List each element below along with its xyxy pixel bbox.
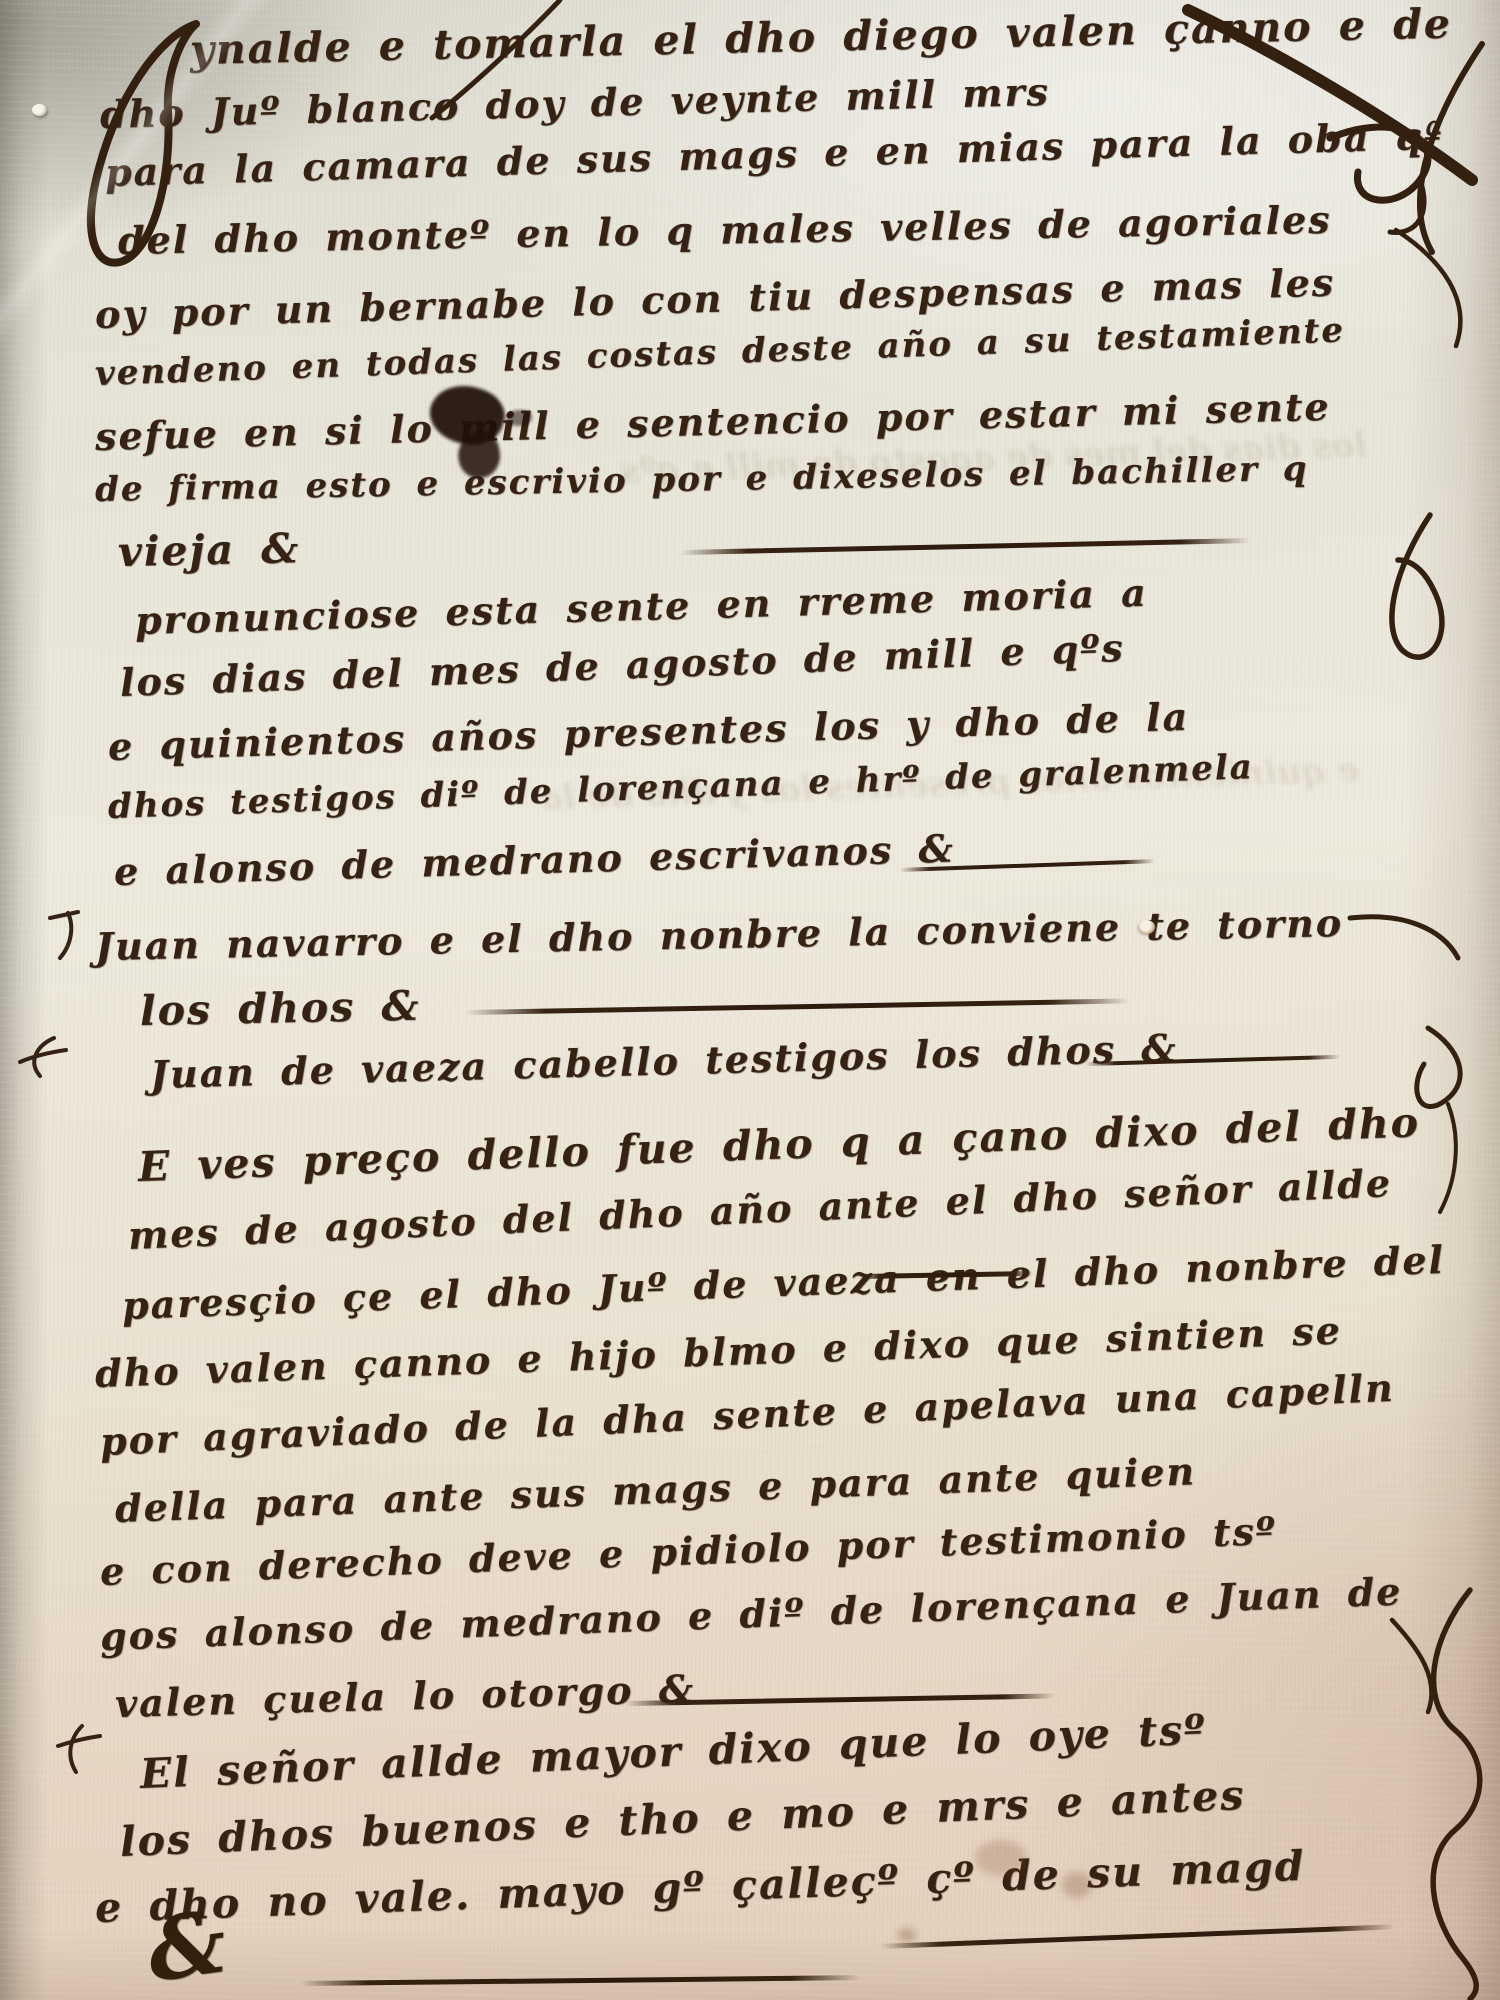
filler-stroke	[680, 538, 1250, 555]
filler-stroke	[465, 998, 1130, 1015]
manuscript-line: de firma esto e escrivio por e dixeselos…	[95, 449, 1309, 510]
paper-flaw	[1138, 920, 1155, 934]
manuscript-line: valen çuela lo otorgo &	[114, 1666, 695, 1726]
paper-stain	[975, 1840, 1027, 1876]
manuscript-line: Juan de vaeza cabello testigos los dhos …	[149, 1025, 1178, 1097]
manuscript-line: sefue en si lo mill e sentencio por esta…	[94, 384, 1331, 459]
manuscript-line: vieja &	[117, 524, 300, 576]
manuscript-line: ynalde e tomarla el dho diego valen çann…	[189, 0, 1452, 74]
terminal-flourish: &	[141, 1891, 232, 2000]
ink-blot	[506, 410, 532, 426]
filler-stroke	[880, 1924, 1395, 1949]
manuscript-line: del dho monteº en lo q males velles de a…	[118, 197, 1332, 263]
margin-mark-icon	[44, 908, 98, 969]
manuscript-line: e alonso de medrano escrivanos &	[113, 826, 955, 894]
paper-stain	[1062, 1872, 1092, 1898]
manuscript-line: Juan navarro e el dho nonbre la conviene…	[95, 900, 1344, 969]
manuscript-page: los dias del mes de agosto de mill e qºs…	[0, 0, 1500, 2000]
paper-flaw	[32, 104, 47, 116]
paper-stain	[898, 1928, 916, 1942]
margin-mark-icon	[14, 1032, 72, 1095]
filler-stroke	[300, 1975, 860, 1986]
manuscript-line: los dhos &	[140, 982, 421, 1035]
margin-mark-icon	[52, 1722, 106, 1783]
